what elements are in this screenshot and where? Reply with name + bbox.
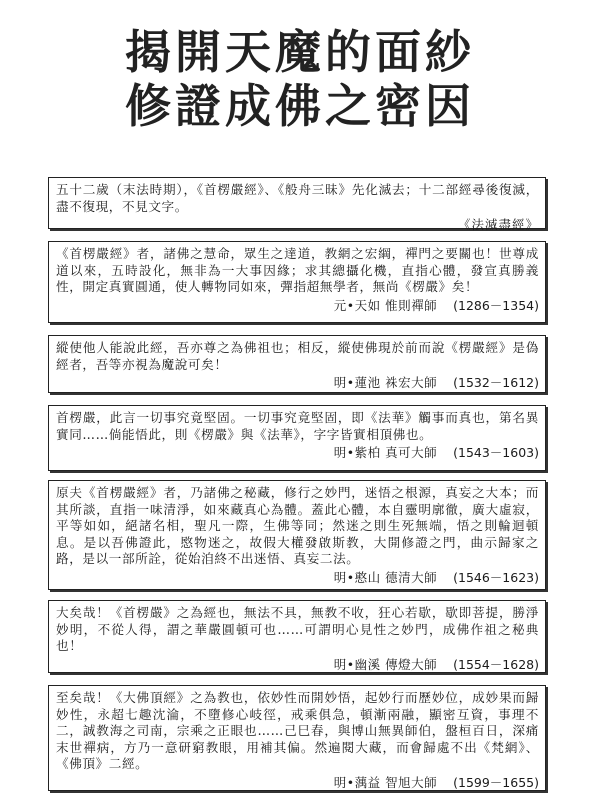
quote-box: 原夫《首楞嚴經》者，乃諸佛之秘藏，修行之妙門，迷悟之根源，真妄之大本；而其所談，…	[48, 480, 546, 590]
quote-box: 首楞嚴，此言一切事究竟堅固。一切事究竟堅固，即《法華》觸事而真也，第名異實同………	[48, 405, 546, 471]
quote-years: (1532－1612)	[453, 375, 539, 390]
quote-author: 明•蕅益 智旭大師	[334, 775, 437, 790]
quote-box: 《首楞嚴經》者，諸佛之慧命，眾生之達道，教網之宏綱，禪門之要關也！世尊成道以來，…	[48, 241, 546, 323]
quote-author: 明•蓮池 袾宏大師	[334, 375, 437, 390]
title-line-2: 修證成佛之密因	[0, 80, 600, 132]
quote-box: 縱使他人能說此經，吾亦尊之為佛祖也；相反，縱使佛現於前而說《楞嚴經》是偽經者，吾…	[48, 335, 546, 393]
quote-source: 《法滅盡經》	[56, 217, 539, 233]
quote-years: (1543－1603)	[453, 445, 539, 460]
quote-attribution: 明•憨山 德清大師(1546－1623)	[56, 570, 539, 586]
quote-author: 明•憨山 德清大師	[334, 570, 437, 585]
quote-text: 《首楞嚴經》者，諸佛之慧命，眾生之達道，教網之宏綱，禪門之要關也！世尊成道以來，…	[56, 246, 539, 296]
quote-text: 縱使他人能說此經，吾亦尊之為佛祖也；相反，縱使佛現於前而說《楞嚴經》是偽經者，吾…	[56, 340, 539, 373]
quote-attribution: 元•天如 惟則禪師(1286－1354)	[56, 298, 539, 314]
quote-author: 元•天如 惟則禪師	[334, 298, 437, 313]
quote-years: (1546－1623)	[453, 570, 539, 585]
quote-attribution: 明•蕅益 智旭大師(1599－1655)	[56, 775, 539, 791]
quote-text: 五十二歲（末法時期），《首楞嚴經》、《般舟三昧》先化滅去；十二部經尋後復滅，盡不…	[56, 182, 539, 215]
quote-author: 明•紫柏 真可大師	[334, 445, 437, 460]
quote-attribution: 明•蓮池 袾宏大師(1532－1612)	[56, 375, 539, 391]
quote-box: 大矣哉！《首楞嚴》之為經也，無法不具，無教不收，狂心若歇，歇即菩提，勝淨妙明，不…	[48, 600, 546, 673]
quote-years: (1286－1354)	[453, 298, 539, 313]
quote-text: 至矣哉！《大佛頂經》之為教也，依妙性而開妙悟，起妙行而歷妙位，成妙果而歸妙性，永…	[56, 690, 539, 773]
title-line-1: 揭開天魔的面紗	[0, 26, 600, 78]
quote-attribution: 明•幽溪 傳燈大師(1554－1628)	[56, 657, 539, 673]
quote-years: (1554－1628)	[453, 657, 539, 672]
quote-author: 明•幽溪 傳燈大師	[334, 657, 437, 672]
quote-box: 五十二歲（末法時期），《首楞嚴經》、《般舟三昧》先化滅去；十二部經尋後復滅，盡不…	[48, 177, 546, 229]
quote-box: 至矣哉！《大佛頂經》之為教也，依妙性而開妙悟，起妙行而歷妙位，成妙果而歸妙性，永…	[48, 685, 546, 791]
quote-attribution: 明•紫柏 真可大師(1543－1603)	[56, 445, 539, 461]
quote-text: 首楞嚴，此言一切事究竟堅固。一切事究竟堅固，即《法華》觸事而真也，第名異實同………	[56, 410, 539, 443]
quote-years: (1599－1655)	[453, 775, 539, 790]
quote-text: 大矣哉！《首楞嚴》之為經也，無法不具，無教不收，狂心若歇，歇即菩提，勝淨妙明，不…	[56, 605, 539, 655]
quote-text: 原夫《首楞嚴經》者，乃諸佛之秘藏，修行之妙門，迷悟之根源，真妄之大本；而其所談，…	[56, 485, 539, 568]
